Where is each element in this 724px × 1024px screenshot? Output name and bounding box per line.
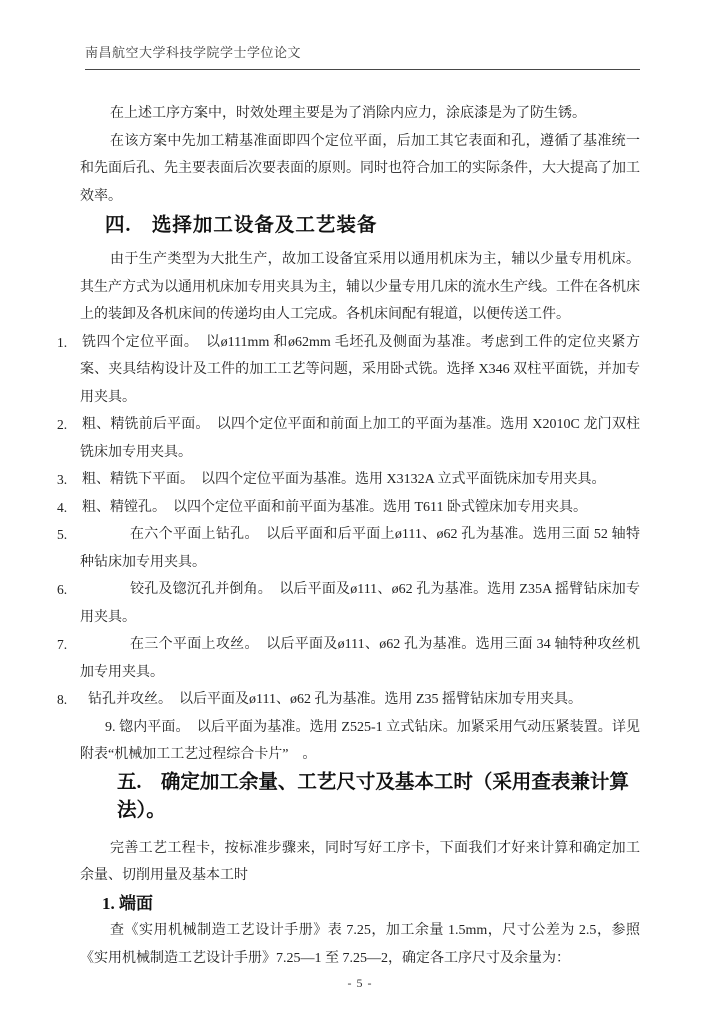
list-number: 5. bbox=[57, 521, 79, 549]
list-item-text: 在六个平面上钻孔。 以后平面和后平面上ø111、ø62 孔为基准。选用三面 52… bbox=[80, 521, 640, 576]
thesis-header-title: 南昌航空大学科技学院学士学位论文 bbox=[85, 45, 301, 60]
paragraph-aging-treatment: 在上述工序方案中，时效处理主要是为了消除内应力，涂底漆是为了防生锈。 bbox=[80, 100, 640, 128]
list-item-text: 在三个平面上攻丝。 以后平面及ø111、ø62 孔为基准。选用三面 34 轴特种… bbox=[80, 631, 640, 686]
list-item-step-5: 5. 在六个平面上钻孔。 以后平面和后平面上ø111、ø62 孔为基准。选用三面… bbox=[80, 521, 640, 576]
list-number: 2. bbox=[57, 411, 79, 439]
list-item-text: 粗、精铣前后平面。 以四个定位平面和前面上加工的平面为基准。选用 X2010C … bbox=[80, 411, 640, 466]
list-number: 3. bbox=[57, 466, 79, 494]
thesis-page: 南昌航空大学科技学院学士学位论文 在上述工序方案中，时效处理主要是为了消除内应力… bbox=[0, 0, 724, 1024]
paragraph-end-face-allowance: 查《实用机械制造工艺设计手册》表 7.25，加工余量 1.5mm，尺寸公差为 2… bbox=[80, 917, 640, 972]
list-item-step-8: 8. 钻孔并攻丝。 以后平面及ø111、ø62 孔为基准。选用 Z35 摇臂钻床… bbox=[80, 686, 640, 714]
list-item-step-6: 6. 铰孔及锪沉孔并倒角。 以后平面及ø111、ø62 孔为基准。选用 Z35A… bbox=[80, 576, 640, 631]
list-item-step-7: 7. 在三个平面上攻丝。 以后平面及ø111、ø62 孔为基准。选用三面 34 … bbox=[80, 631, 640, 686]
page-body: 在上述工序方案中，时效处理主要是为了消除内应力，涂底漆是为了防生锈。 在该方案中… bbox=[80, 70, 640, 991]
list-item-step-3: 3. 粗、精铣下平面。 以四个定位平面为基准。选用 X3132A 立式平面铣床加… bbox=[80, 466, 640, 494]
list-number: 7. bbox=[57, 631, 79, 659]
sub-heading-end-face: 1. 端面 bbox=[102, 890, 640, 918]
section-heading-allowance: 五. 确定加工余量、工艺尺寸及基本工时（采用查表兼计算法）。 bbox=[117, 769, 640, 825]
list-number: 6. bbox=[57, 576, 79, 604]
list-number: 1. bbox=[57, 329, 79, 357]
page-header: 南昌航空大学科技学院学士学位论文 bbox=[85, 0, 640, 70]
paragraph-process-card: 完善工艺工程卡，按标准步骤来，同时写好工序卡，下面我们才好来计算和确定加工余量、… bbox=[80, 835, 640, 890]
list-item-step-2: 2. 粗、精铣前后平面。 以四个定位平面和前面上加工的平面为基准。选用 X201… bbox=[80, 411, 640, 466]
list-number: 8. bbox=[57, 686, 79, 714]
list-number: 4. bbox=[57, 494, 79, 522]
list-item-text: 粗、精铣下平面。 以四个定位平面为基准。选用 X3132A 立式平面铣床加专用夹… bbox=[80, 466, 640, 494]
section-heading-equipment: 四. 选择加工设备及工艺装备 bbox=[105, 212, 640, 240]
list-item-text: 铣四个定位平面。 以ø111mm 和ø62mm 毛坯孔及侧面为基准。考虑到工件的… bbox=[80, 329, 640, 412]
list-item-text: 粗、精镗孔。 以四个定位平面和前平面为基准。选用 T611 卧式镗床加专用夹具。 bbox=[80, 494, 640, 522]
page-number: - 5 - bbox=[80, 976, 640, 991]
list-item-step-4: 4. 粗、精镗孔。 以四个定位平面和前平面为基准。选用 T611 卧式镗床加专用… bbox=[80, 494, 640, 522]
paragraph-step-9: 9. 锪内平面。 以后平面为基准。选用 Z525-1 立式钻床。加紧采用气动压紧… bbox=[80, 714, 640, 769]
list-item-text: 钻孔并攻丝。 以后平面及ø111、ø62 孔为基准。选用 Z35 摇臂钻床加专用… bbox=[80, 686, 640, 714]
list-item-text: 铰孔及锪沉孔并倒角。 以后平面及ø111、ø62 孔为基准。选用 Z35A 摇臂… bbox=[80, 576, 640, 631]
list-item-step-1: 1. 铣四个定位平面。 以ø111mm 和ø62mm 毛坯孔及侧面为基准。考虑到… bbox=[80, 329, 640, 412]
paragraph-production-type: 由于生产类型为大批生产，故加工设备宜采用以通用机床为主，辅以少量专用机床。其生产… bbox=[80, 246, 640, 329]
paragraph-scheme-principle: 在该方案中先加工精基准面即四个定位平面，后加工其它表面和孔，遵循了基准统一和先面… bbox=[80, 128, 640, 211]
